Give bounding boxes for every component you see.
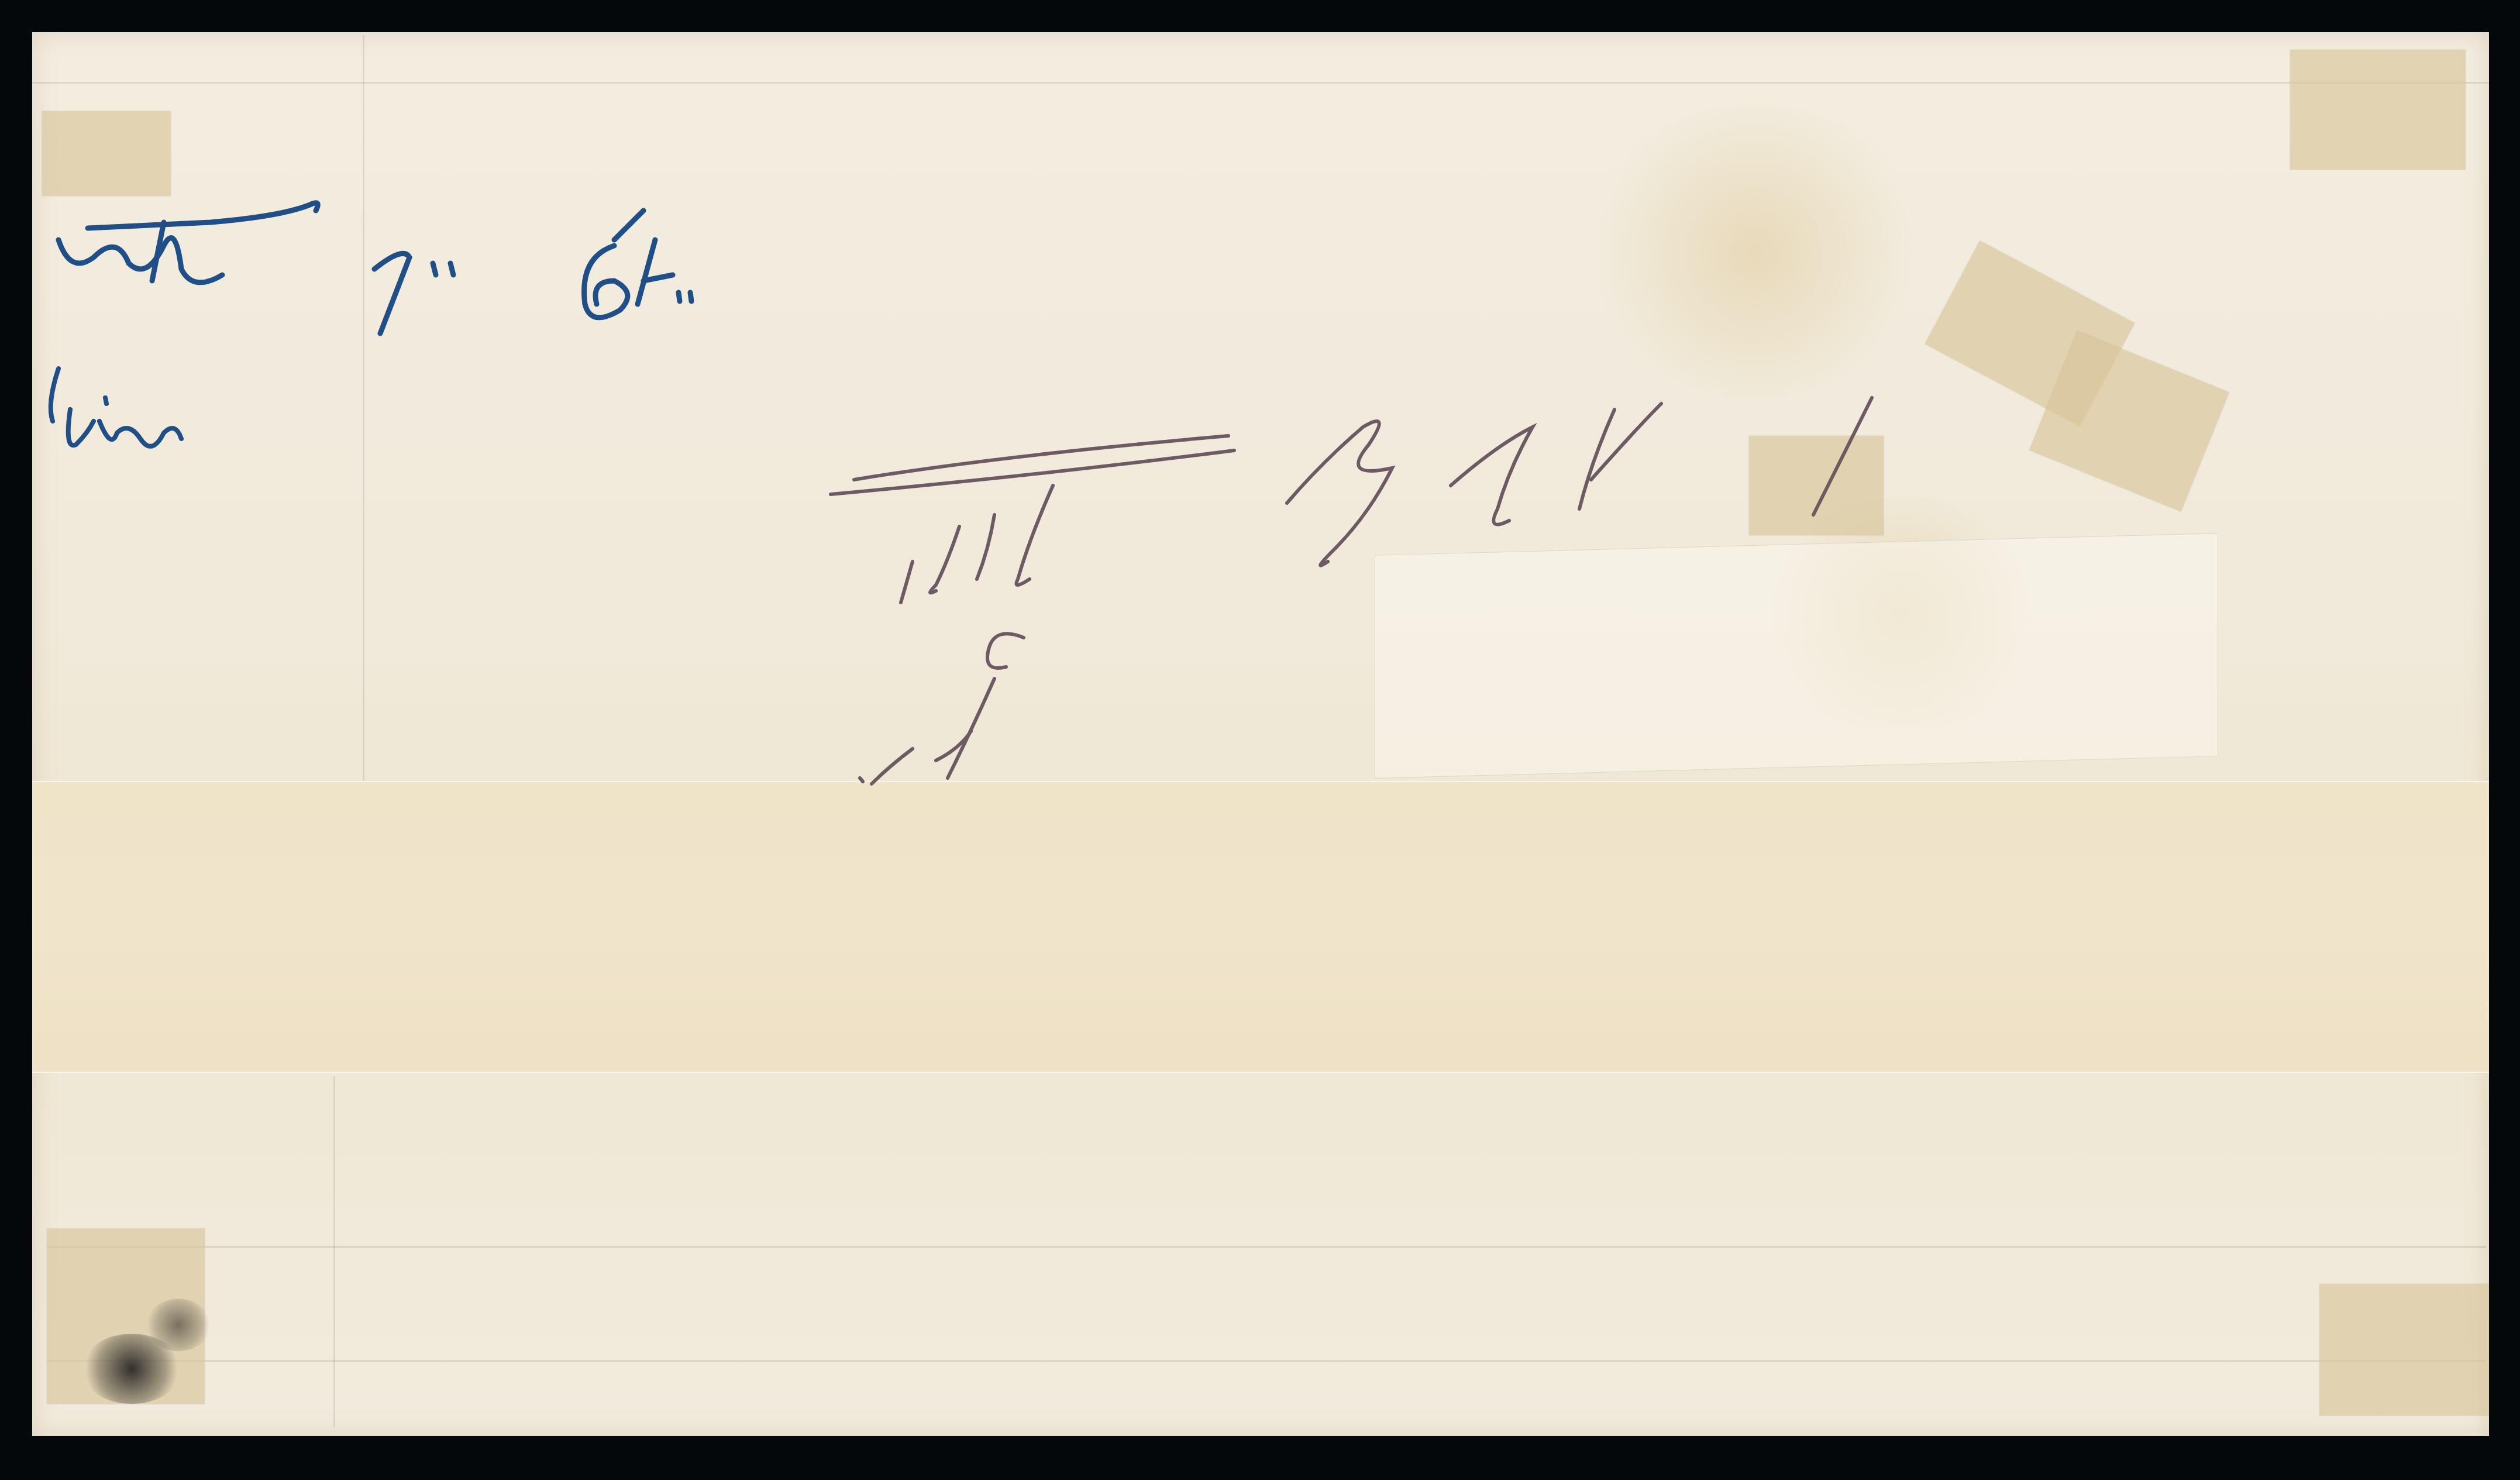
tape-hinge-bottom-right xyxy=(2319,1284,2489,1416)
tape-hinge-top-left xyxy=(42,111,171,196)
ink-smudge xyxy=(146,1299,211,1351)
inverted-annotation: Chili ... corpo xyxy=(907,585,946,591)
left-vertical-crease xyxy=(363,35,364,784)
docket-number: 3 26 xyxy=(1345,468,1358,474)
blue-ink-annotation-1: ...rata d. 64. xyxy=(58,246,95,252)
tape-hinge-mid xyxy=(1749,436,1884,535)
bottom-fold-line-2 xyxy=(47,1360,2486,1362)
tape-hinge-top-right xyxy=(2290,50,2466,170)
tape-band xyxy=(32,781,2489,1073)
left-vertical-crease-lower xyxy=(333,1076,335,1427)
stain xyxy=(1579,105,1930,398)
bottom-fold-line xyxy=(47,1246,2486,1248)
top-fold-line xyxy=(32,82,2489,84)
blue-ink-annotation-2: ...lieso xyxy=(58,409,78,416)
repair-patch xyxy=(1375,533,2218,779)
